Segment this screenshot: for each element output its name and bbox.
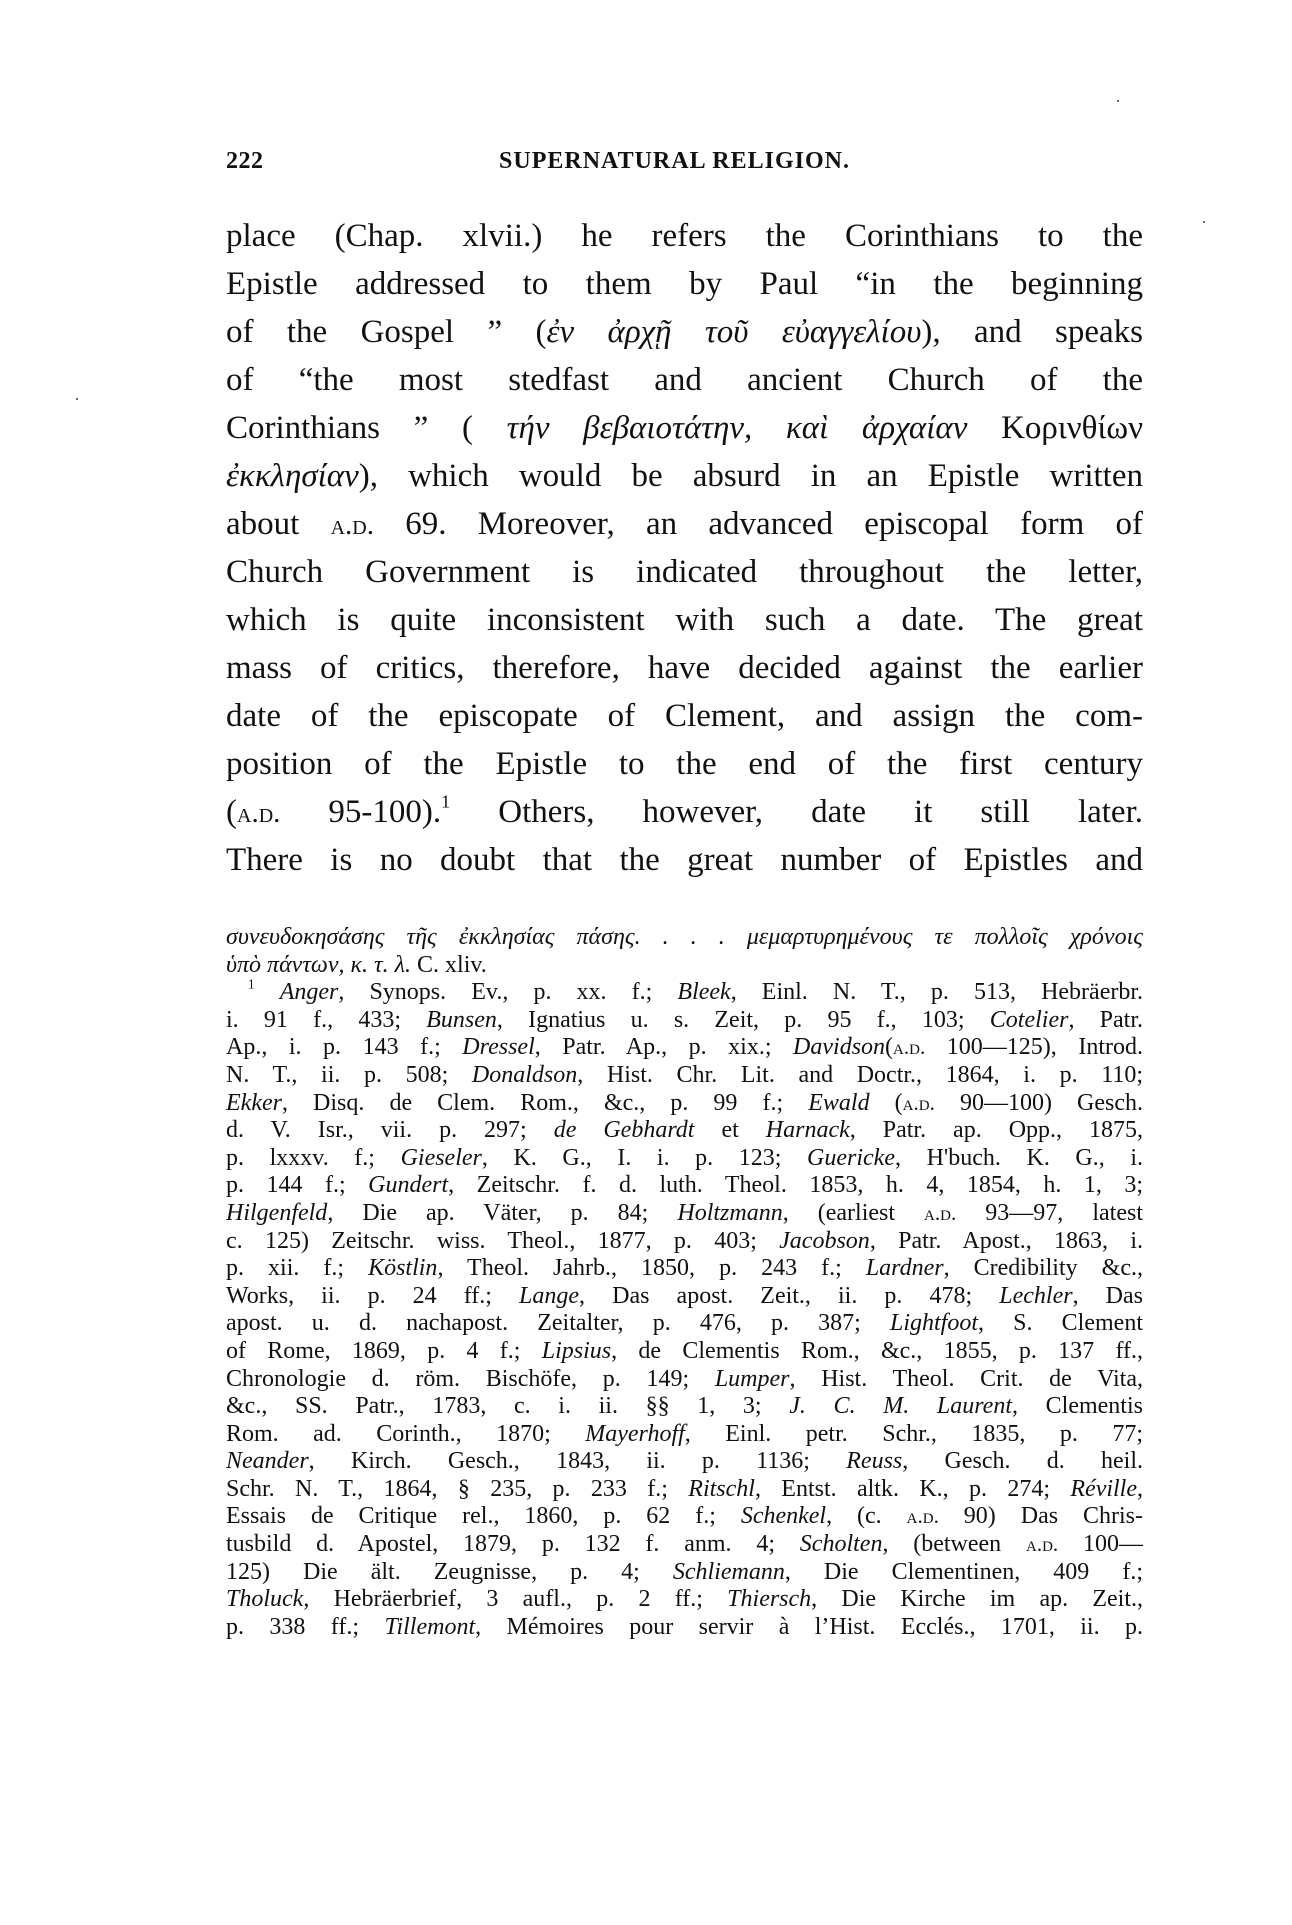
text-span: , Ignatius u. s. Zeit, p. 95 f., 103; [497, 1007, 990, 1033]
author-name: Scholten [800, 1531, 883, 1557]
text-span: , Clementis [1012, 1393, 1143, 1419]
text-span: There is no doubt that the great number … [226, 842, 1143, 878]
footnote-1-line: i. 91 f., 433; Bunsen, Ignatius u. s. Ze… [226, 1007, 1143, 1035]
body-line: Epistle addressed to them by Paul “in th… [226, 260, 1143, 308]
text-span: Κορινθίων [967, 410, 1143, 446]
author-name: de Gebhardt [554, 1117, 695, 1143]
author-name: Neander [226, 1448, 309, 1474]
footnote-1-line: Ap., i. p. 143 f.; Dressel, Patr. Ap., p… [226, 1034, 1143, 1062]
text-span [255, 979, 280, 1005]
text-span: , (earliest [783, 1200, 924, 1226]
text-span: about [226, 506, 331, 542]
text-span: place (Chap. xlvii.) he refers the Corin… [226, 218, 1143, 254]
footnote-1-line: c. 125) Zeitschr. wiss. Theol., 1877, p.… [226, 1228, 1143, 1256]
text-span: Corinthians ” ( [226, 410, 507, 446]
text-span: p. lxxxv. f.; [226, 1145, 401, 1171]
text-span: 100—125), Introd. [925, 1034, 1143, 1060]
text-span: , (c. [826, 1503, 907, 1529]
author-name: J. C. M. Laurent [789, 1393, 1012, 1419]
footnote-1-line: Essais de Critique rel., 1860, p. 62 f.;… [226, 1503, 1143, 1531]
book-page: 222 SUPERNATURAL RELIGION. place (Chap. … [0, 0, 1292, 1925]
footnote-marker: 1 [248, 977, 255, 992]
text-span: 125) Die ält. Zeugnisse, p. 4; [226, 1559, 673, 1585]
text-span: , Das [1073, 1283, 1143, 1309]
body-line: of the Gospel ” (ἐν ἀρχῇ τοῦ εὐαγγελίου)… [226, 308, 1143, 356]
footnote-1-line: p. xii. f.; Köstlin, Theol. Jahrb., 1850… [226, 1255, 1143, 1283]
body-line: date of the episcopate of Clement, and a… [226, 692, 1143, 740]
text-span: , Mémoires pour servir à l’Hist. Ecclés.… [475, 1614, 1143, 1640]
author-name: Ewald [808, 1090, 869, 1116]
text-span: which is quite inconsistent with such a … [226, 602, 1143, 638]
text-span: , S. Clement [978, 1310, 1143, 1336]
text-span: 95-100). [280, 794, 441, 830]
author-name: Anger [280, 979, 339, 1005]
body-line: about a.d. 69. Moreover, an advanced epi… [226, 500, 1143, 548]
text-span: i. 91 f., 433; [226, 1007, 426, 1033]
text-span: , Patr. Apost., 1863, i. [870, 1228, 1143, 1254]
main-body-text: place (Chap. xlvii.) he refers the Corin… [226, 212, 1143, 884]
author-name: Cotelier [990, 1007, 1069, 1033]
author-name: Lightfoot [890, 1310, 978, 1336]
text-span: ( [226, 794, 237, 830]
footnote-1-line: Ekker, Disq. de Clem. Rom., &c., p. 99 f… [226, 1090, 1143, 1118]
scan-speck [76, 398, 78, 400]
text-span: Schr. N. T., 1864, § 235, p. 233 f.; [226, 1476, 688, 1502]
author-name: Bunsen [426, 1007, 497, 1033]
text-span: , Synops. Ev., p. xx. f.; [338, 979, 677, 1005]
text-span: Epistle addressed to them by Paul “in th… [226, 266, 1143, 302]
author-name: Donaldson [472, 1062, 577, 1088]
footnote-marker: 1 [441, 791, 450, 811]
text-span: ), which would be absurd in an Epistle w… [359, 458, 1143, 494]
text-span: , Das apost. Zeit., ii. p. 478; [579, 1283, 999, 1309]
footnote-1-line: p. lxxxv. f.; Gieseler, K. G., I. i. p. … [226, 1145, 1143, 1173]
text-span: , Einl. petr. Schr., 1835, p. 77; [685, 1421, 1143, 1447]
running-header: 222 SUPERNATURAL RELIGION. [226, 148, 1143, 182]
greek-quotation: ὑπὸ πάντων, κ. τ. λ. [226, 952, 411, 978]
body-line: ἐκκλησίαν), which would be absurd in an … [226, 452, 1143, 500]
author-name: Ekker [226, 1090, 282, 1116]
text-span: Church Government is indicated throughou… [226, 554, 1143, 590]
text-span: , K. G., I. i. p. 123; [482, 1145, 807, 1171]
text-span: , Patr. ap. Opp., 1875, [850, 1117, 1143, 1143]
author-name: Lumper [715, 1366, 790, 1392]
text-span: a.d. [1026, 1532, 1058, 1556]
author-name: Lechler [999, 1283, 1072, 1309]
text-span: Chronologie d. röm. Bischöfe, p. 149; [226, 1366, 715, 1392]
text-span: of Rome, 1869, p. 4 f.; [226, 1338, 542, 1364]
text-span: , Entst. altk. K., p. 274; [755, 1476, 1070, 1502]
author-name: Ritschl [688, 1476, 755, 1502]
body-line: which is quite inconsistent with such a … [226, 596, 1143, 644]
body-line: of “the most stedfast and ancient Church… [226, 356, 1143, 404]
author-name: Thiersch [727, 1586, 811, 1612]
author-name: Lardner [866, 1255, 944, 1281]
text-span: of the Gospel ” ( [226, 314, 546, 350]
text-span: &c., SS. Patr., 1783, c. i. ii. §§ 1, 3; [226, 1393, 789, 1419]
text-span: , Patr. [1068, 1007, 1143, 1033]
text-span: 93—97, latest [956, 1200, 1143, 1226]
body-line: position of the Epistle to the end of th… [226, 740, 1143, 788]
text-span: tusbild d. Apostel, 1879, p. 132 f. anm.… [226, 1531, 800, 1557]
author-name: Gieseler [401, 1145, 482, 1171]
author-name: Harnack [766, 1117, 850, 1143]
text-span: a.d. [903, 1091, 935, 1115]
text-span: , [1137, 1476, 1143, 1502]
text-span: , Gesch. d. heil. [902, 1448, 1143, 1474]
footnote-1-line: &c., SS. Patr., 1783, c. i. ii. §§ 1, 3;… [226, 1393, 1143, 1421]
text-span: mass of critics, therefore, have decided… [226, 650, 1143, 686]
text-span: ( [870, 1090, 903, 1116]
author-name: Lange [519, 1283, 579, 1309]
text-span: , Credibility &c., [944, 1255, 1143, 1281]
author-name: Mayerhoff [585, 1421, 685, 1447]
footnote-1-line: N. T., ii. p. 508; Donaldson, Hist. Chr.… [226, 1062, 1143, 1090]
footnote-1-line: Works, ii. p. 24 ff.; Lange, Das apost. … [226, 1283, 1143, 1311]
author-name: Gundert [368, 1172, 448, 1198]
footnote-continuation-line: ὑπὸ πάντων, κ. τ. λ. C. xliv. [226, 952, 1143, 980]
scan-speck [1117, 100, 1119, 102]
footnote-1-line: apost. u. d. nachapost. Zeitalter, p. 47… [226, 1310, 1143, 1338]
text-span: position of the Epistle to the end of th… [226, 746, 1143, 782]
text-span: , Theol. Jahrb., 1850, p. 243 f.; [437, 1255, 865, 1281]
text-span: p. 144 f.; [226, 1172, 368, 1198]
body-line: mass of critics, therefore, have decided… [226, 644, 1143, 692]
text-span: , H'buch. K. G., i. [895, 1145, 1143, 1171]
text-span: date of the episcopate of Clement, and a… [226, 698, 1143, 734]
body-line: place (Chap. xlvii.) he refers the Corin… [226, 212, 1143, 260]
body-line: (a.d. 95-100).1 Others, however, date it… [226, 788, 1143, 836]
text-span: , Die Kirche im ap. Zeit., [811, 1586, 1143, 1612]
text-span: c. 125) Zeitschr. wiss. Theol., 1877, p.… [226, 1228, 779, 1254]
author-name: Hilgenfeld [226, 1200, 327, 1226]
body-line: Corinthians ” ( τήν βεβαιοτάτην, καὶ ἀρχ… [226, 404, 1143, 452]
text-span: 90) Das Chris- [939, 1503, 1143, 1529]
greek-quotation: συνευδοκησάσης τῆς ἐκκλησίας πάσης. . . … [226, 924, 1143, 950]
text-span: , de Clementis Rom., &c., 1855, p. 137 f… [611, 1338, 1143, 1364]
text-span: et [694, 1117, 765, 1143]
text-span: , (between [882, 1531, 1026, 1557]
text-span: , Hebräerbrief, 3 aufl., p. 2 ff.; [303, 1586, 727, 1612]
text-span: a.d. [907, 1504, 939, 1528]
text-span: , Die Clementinen, 409 f.; [785, 1559, 1143, 1585]
text-span: p. xii. f.; [226, 1255, 368, 1281]
text-span: Others, however, date it still later. [450, 794, 1143, 830]
text-span: , Disq. de Clem. Rom., &c., p. 99 f.; [282, 1090, 808, 1116]
author-name: Schliemann [673, 1559, 785, 1585]
footnote-1-line: 125) Die ält. Zeugnisse, p. 4; Schlieman… [226, 1559, 1143, 1587]
text-span: ), and speaks [921, 314, 1143, 350]
text-span: ( [885, 1034, 893, 1060]
text-span: d. V. Isr., vii. p. 297; [226, 1117, 554, 1143]
author-name: Reuss [846, 1448, 902, 1474]
text-span: p. 338 ff.; [226, 1614, 384, 1640]
footnote-1-line: Tholuck, Hebräerbrief, 3 aufl., p. 2 ff.… [226, 1586, 1143, 1614]
author-name: Davidson [793, 1034, 885, 1060]
footnote-1-line: Rom. ad. Corinth., 1870; Mayerhoff, Einl… [226, 1421, 1143, 1449]
author-name: Réville [1070, 1476, 1137, 1502]
author-name: Schenkel [741, 1503, 826, 1529]
footnote-1-line: p. 338 ff.; Tillemont, Mémoires pour ser… [226, 1614, 1143, 1642]
text-span: a.d. [924, 1201, 956, 1225]
footnote-1-line: tusbild d. Apostel, 1879, p. 132 f. anm.… [226, 1531, 1143, 1559]
text-span: apost. u. d. nachapost. Zeitalter, p. 47… [226, 1310, 890, 1336]
text-span: 69. Moreover, an advanced episcopal form… [374, 506, 1143, 542]
author-name: Jacobson [779, 1228, 870, 1254]
text-span: N. T., ii. p. 508; [226, 1062, 472, 1088]
footnote-1-line: Schr. N. T., 1864, § 235, p. 233 f.; Rit… [226, 1476, 1143, 1504]
text-span: , Die ap. Väter, p. 84; [327, 1200, 677, 1226]
author-name: Bleek [677, 979, 730, 1005]
text-span: of “the most stedfast and ancient Church… [226, 362, 1143, 398]
footnotes: συνευδοκησάσης τῆς ἐκκλησίας πάσης. . . … [226, 924, 1143, 1641]
footnote-continuation-line: συνευδοκησάσης τῆς ἐκκλησίας πάσης. . . … [226, 924, 1143, 952]
footnote-1-line: Chronologie d. röm. Bischöfe, p. 149; Lu… [226, 1366, 1143, 1394]
footnote-1-line: p. 144 f.; Gundert, Zeitschr. f. d. luth… [226, 1172, 1143, 1200]
text-span: C. xliv. [411, 952, 487, 978]
author-name: Tholuck [226, 1586, 303, 1612]
greek-quotation: ἐν ἀρχῇ τοῦ εὐαγγελίου [546, 314, 921, 350]
author-name: Holtzmann [677, 1200, 782, 1226]
text-span: , Patr. Ap., p. xix.; [535, 1034, 793, 1060]
text-span: a.d. [331, 509, 374, 541]
footnote-1-line: Hilgenfeld, Die ap. Väter, p. 84; Holtzm… [226, 1200, 1143, 1228]
author-name: Köstlin [368, 1255, 437, 1281]
text-span: , Hist. Chr. Lit. and Doctr., 1864, i. p… [577, 1062, 1143, 1088]
author-name: Lipsius [542, 1338, 611, 1364]
running-title: SUPERNATURAL RELIGION. [226, 148, 1143, 175]
text-span: , Hist. Theol. Crit. de Vita, [790, 1366, 1143, 1392]
author-name: Guericke [807, 1145, 895, 1171]
footnote-1-line: of Rome, 1869, p. 4 f.; Lipsius, de Clem… [226, 1338, 1143, 1366]
text-span: , Kirch. Gesch., 1843, ii. p. 1136; [309, 1448, 847, 1474]
text-span: a.d. [237, 797, 280, 829]
author-name: Dressel [462, 1034, 534, 1060]
greek-quotation: ἐκκλησίαν [226, 458, 359, 494]
scan-speck [1203, 221, 1205, 223]
text-span: Works, ii. p. 24 ff.; [226, 1283, 519, 1309]
text-span: Rom. ad. Corinth., 1870; [226, 1421, 585, 1447]
body-line: Church Government is indicated throughou… [226, 548, 1143, 596]
text-span: 90—100) Gesch. [935, 1090, 1143, 1116]
footnote-1-line: 1 Anger, Synops. Ev., p. xx. f.; Bleek, … [226, 979, 1143, 1007]
greek-quotation: τήν βεβαιοτάτην, καὶ ἀρχαίαν [507, 410, 968, 446]
footnote-1-line: Neander, Kirch. Gesch., 1843, ii. p. 113… [226, 1448, 1143, 1476]
footnote-1-line: d. V. Isr., vii. p. 297; de Gebhardt et … [226, 1117, 1143, 1145]
text-span: Ap., i. p. 143 f.; [226, 1034, 462, 1060]
body-line: There is no doubt that the great number … [226, 836, 1143, 884]
text-span: , Einl. N. T., p. 513, Hebräerbr. [731, 979, 1143, 1005]
text-span: a.d. [893, 1035, 925, 1059]
author-name: Tillemont [384, 1614, 475, 1640]
text-span: 100— [1058, 1531, 1143, 1557]
text-span: , Zeitschr. f. d. luth. Theol. 1853, h. … [448, 1172, 1143, 1198]
text-span: Essais de Critique rel., 1860, p. 62 f.; [226, 1503, 741, 1529]
